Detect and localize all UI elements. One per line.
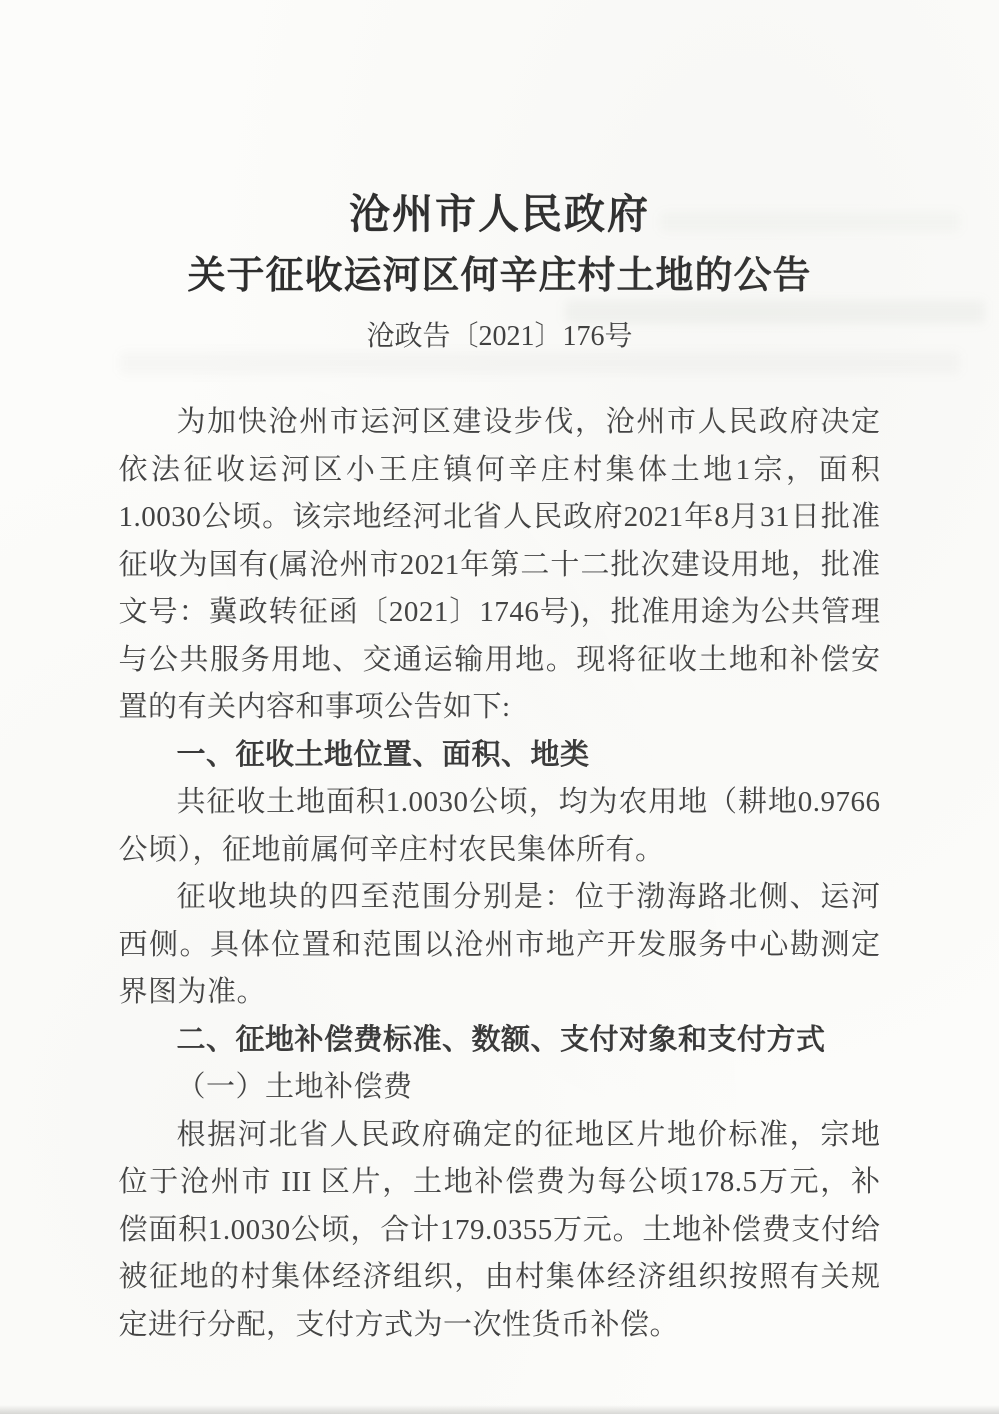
document-title-subject: 关于征收运河区何辛庄村土地的公告 [0, 253, 999, 299]
document-body: 为加快沧州市运河区建设步伐，沧州市人民政府决定依法征收运河区小王庄镇何辛庄村集体… [119, 399, 881, 1349]
scan-edge-shadow [0, 1405, 999, 1414]
bleedthrough-artifact [120, 352, 960, 374]
body-paragraph: 根据河北省人民政府确定的征地区片地价标准，宗地位于沧州市 III 区片，土地补偿… [119, 1112, 881, 1350]
body-paragraph: 共征收土地面积1.0030公顷，均为农用地（耕地0.9766公顷），征地前属何辛… [119, 779, 881, 874]
section-heading: 二、征地补偿费标准、数额、支付对象和支付方式 [119, 1017, 881, 1065]
scanned-document-page: 沧州市人民政府 关于征收运河区何辛庄村土地的公告 沧政告〔2021〕176号 为… [0, 0, 999, 1414]
section-heading: 一、征收土地位置、面积、地类 [119, 732, 881, 780]
document-title-government: 沧州市人民政府 [0, 190, 999, 238]
sub-section-heading: （一）土地补偿费 [119, 1064, 881, 1112]
document-number: 沧政告〔2021〕176号 [0, 320, 999, 354]
body-paragraph: 征收地块的四至范围分别是：位于渤海路北侧、运河西侧。具体位置和范围以沧州市地产开… [119, 874, 881, 1017]
body-paragraph: 为加快沧州市运河区建设步伐，沧州市人民政府决定依法征收运河区小王庄镇何辛庄村集体… [119, 399, 881, 732]
